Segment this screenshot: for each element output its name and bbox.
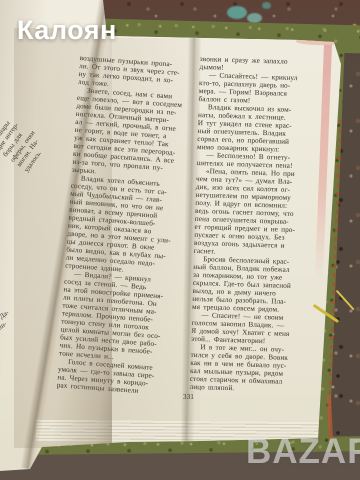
- page-curl-shading: [0, 0, 112, 476]
- paint-smudge: [262, 2, 271, 9]
- right-page-text: звонки и сразу же запахло дымом! — Спаса…: [189, 55, 325, 395]
- bazar-watermark: BAZAR: [246, 432, 360, 472]
- paint-smudge: [227, 6, 247, 19]
- open-book: чались закон- рил бы чень и ся сво- так.…: [0, 0, 360, 480]
- listing-title-overlay: Калоян: [17, 15, 117, 46]
- listing-photo[interactable]: чались закон- рил бы чень и ся сво- так.…: [0, 0, 360, 480]
